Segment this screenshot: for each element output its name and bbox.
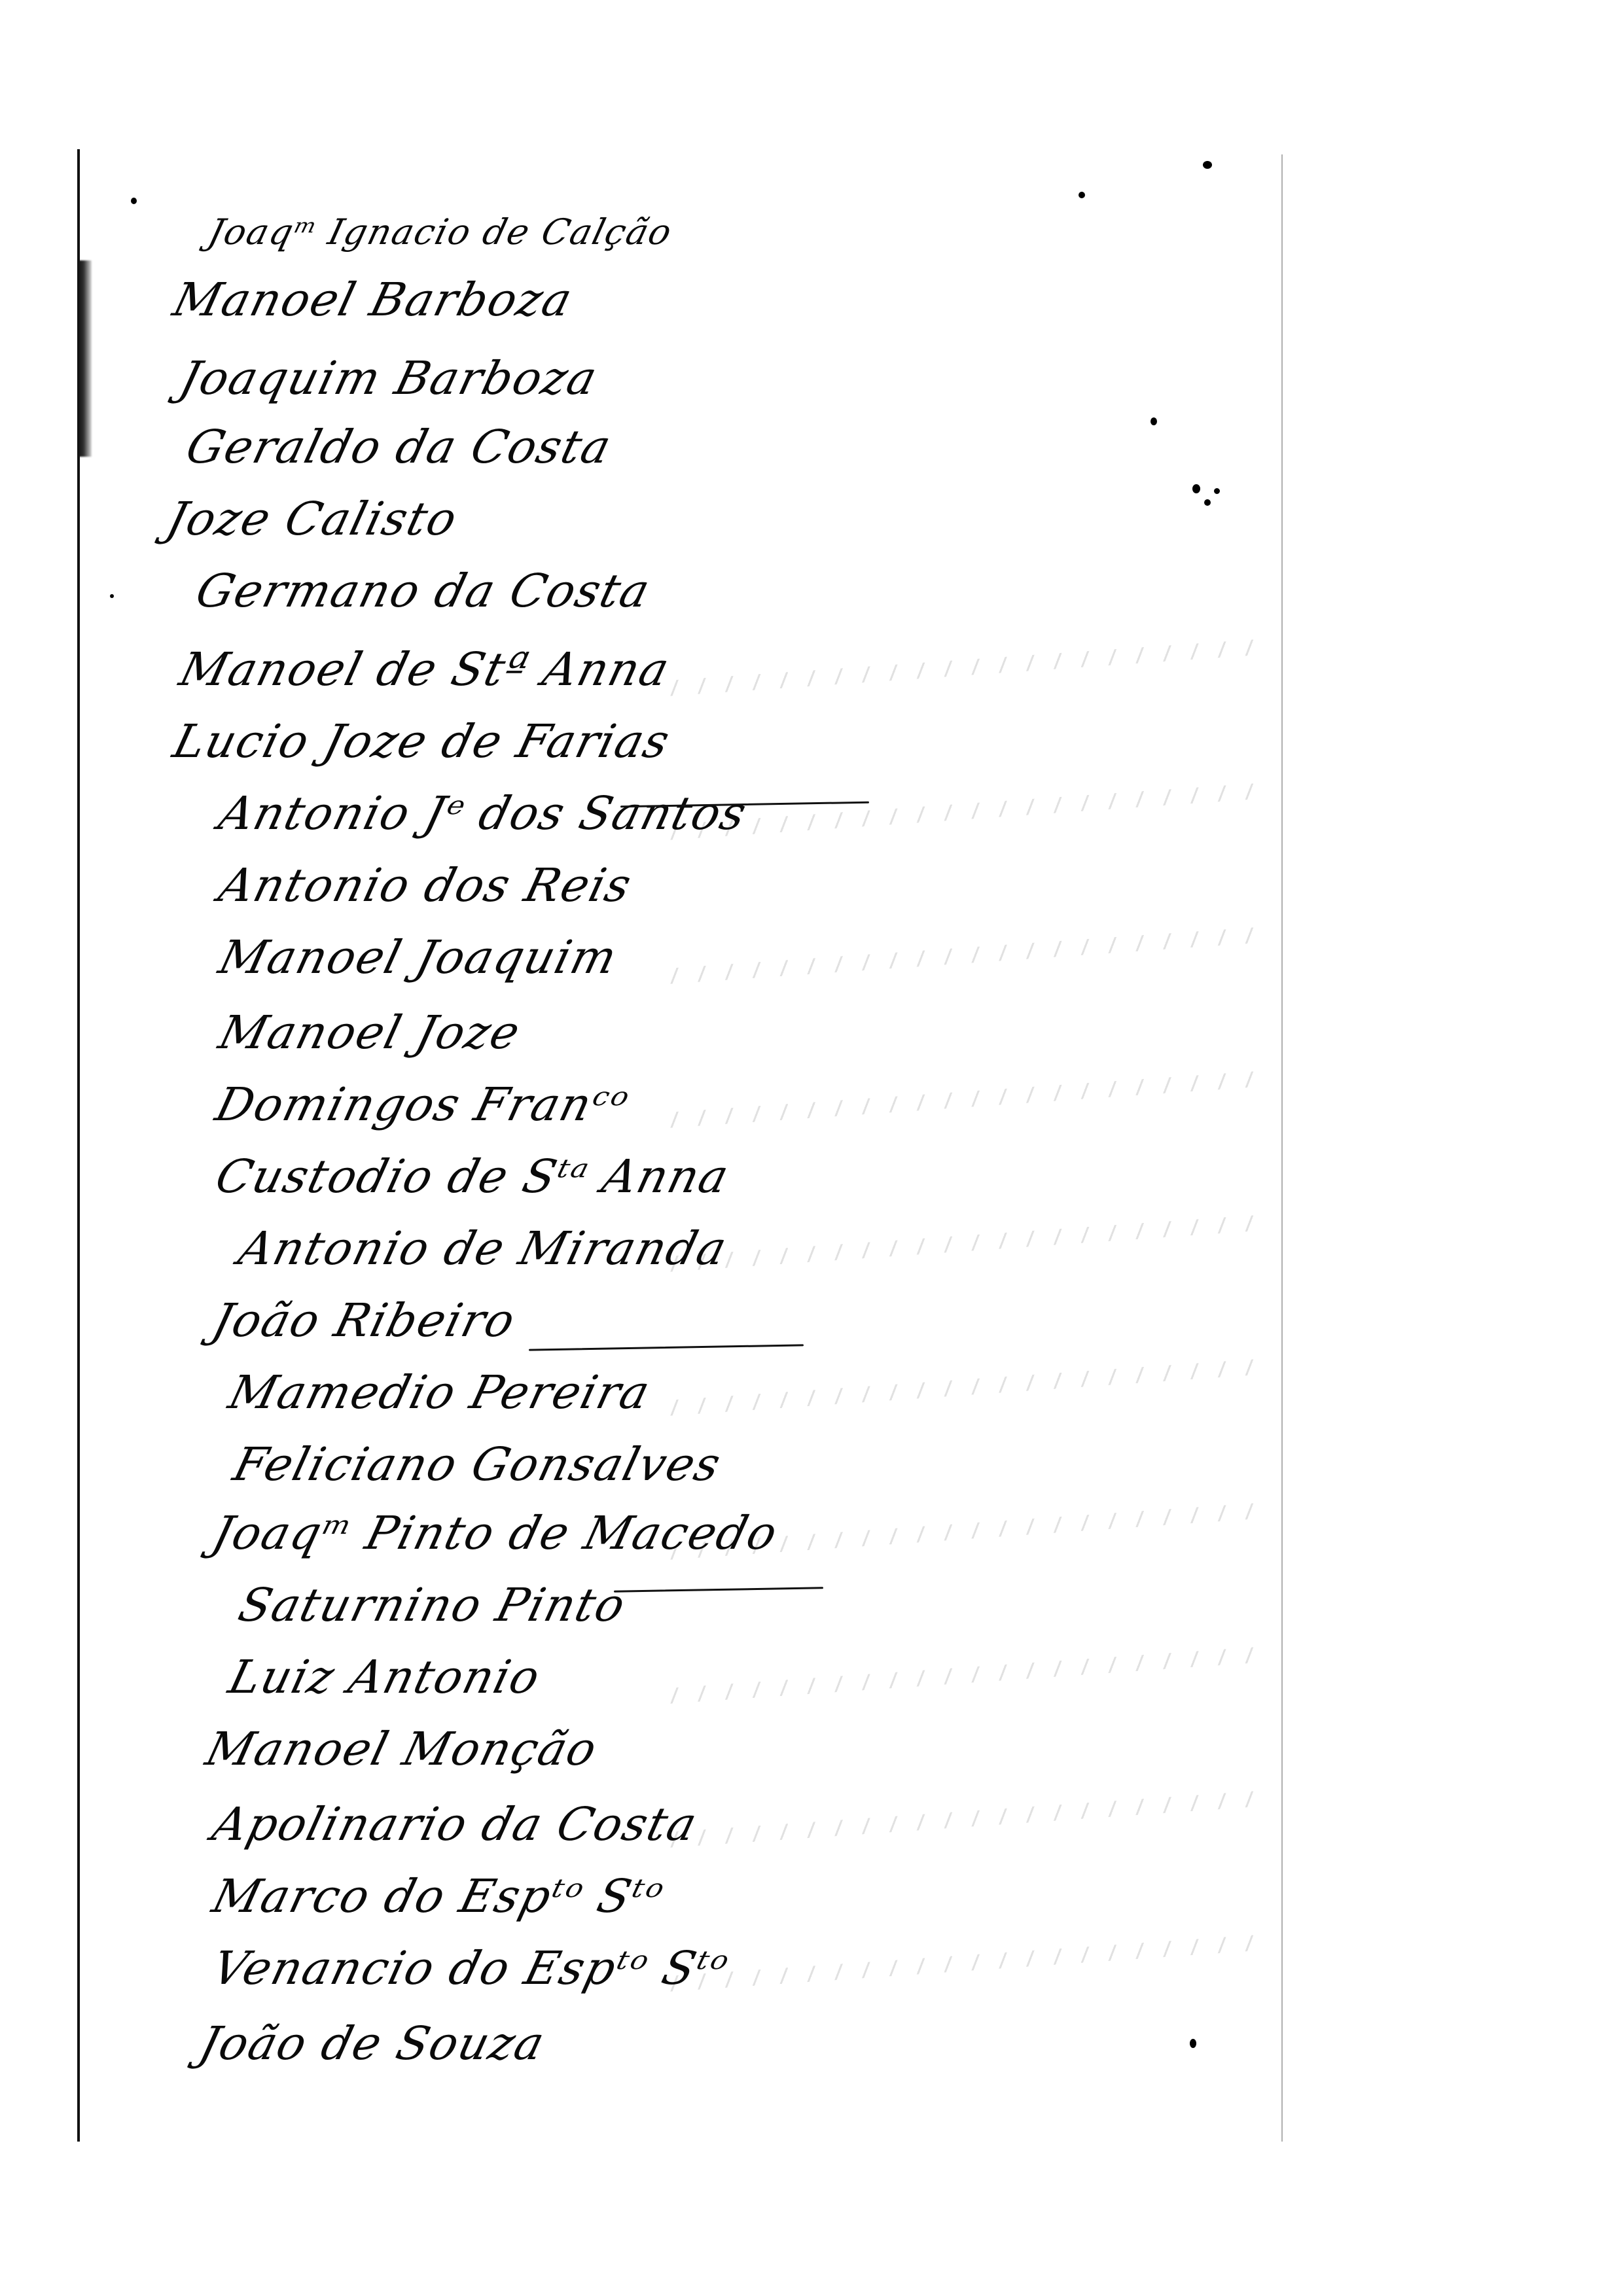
name-entry: Marco do Espᵗᵒ Sᵗᵒ <box>208 1873 669 1919</box>
name-entry: Venancio do Espᵗᵒ Sᵗᵒ <box>208 1945 734 1991</box>
scanned-page: Joaqᵐ Ignacio de Calção Manoel Barboza J… <box>77 149 1283 2142</box>
name-entry: Domingos Franᶜᵒ <box>211 1082 633 1127</box>
name-entry: João Ribeiro <box>208 1298 520 1343</box>
name-entry: Mamedio Pereira <box>224 1369 655 1415</box>
name-entry: Saturnino Pinto <box>234 1582 631 1628</box>
name-entry: Joaquim Barboza <box>175 355 603 401</box>
name-entry: Antonio dos Reis <box>215 862 637 908</box>
name-entry: Feliciano Gonsalves <box>229 1441 726 1487</box>
name-entry: Custodio de Sᵗᵃ Anna <box>211 1154 734 1199</box>
name-entry: João de Souza <box>195 2021 550 2066</box>
name-entry: Manoel Barboza <box>169 277 577 323</box>
name-entry: Manoel Joze <box>215 1010 526 1055</box>
name-entry: Joaqᵐ Pinto de Macedo <box>208 1510 783 1556</box>
name-entry: Germano da Costa <box>192 568 655 614</box>
name-entry: Antonio Jᵉ dos Santos <box>215 790 752 836</box>
name-list: Joaqᵐ Ignacio de Calção Manoel Barboza J… <box>77 149 1283 2142</box>
name-entry: Geraldo da Costa <box>182 424 616 470</box>
name-entry: Luiz Antonio <box>224 1654 545 1700</box>
name-entry: Lucio Joze de Farias <box>169 718 675 764</box>
name-entry: Joze Calisto <box>162 496 462 542</box>
name-entry: Apolinario da Costa <box>208 1801 702 1847</box>
name-entry: Antonio de Miranda <box>234 1226 732 1271</box>
name-entry: Manoel de Stª Anna <box>175 646 675 692</box>
name-entry: Manoel Joaquim <box>215 934 622 980</box>
name-entry: Manoel Monção <box>202 1726 602 1772</box>
name-entry: Joaqᵐ Ignacio de Calção <box>205 215 676 250</box>
